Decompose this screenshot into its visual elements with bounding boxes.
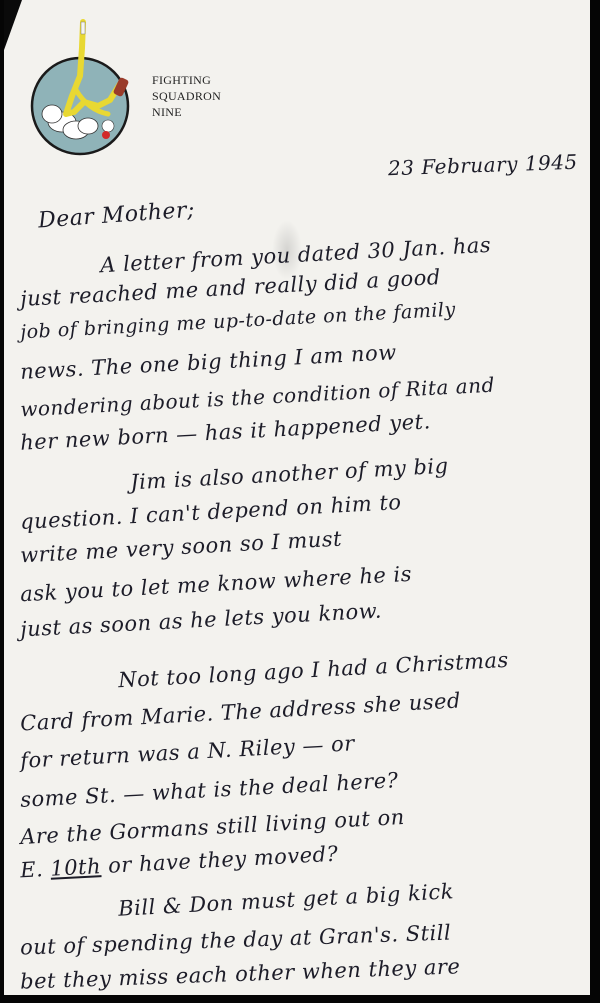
letterhead-line-1: FIGHTING [152,72,221,88]
letterhead-title: FIGHTING SQUADRON NINE [152,72,221,120]
scan-border-bottom [0,995,600,1003]
scan-border-left [0,0,4,1003]
letterhead-line-2: SQUADRON [152,88,221,104]
street-number: 10th [50,854,102,881]
scan-border-right [590,0,600,1003]
letterhead-line-3: NINE [152,104,221,120]
squadron-insignia-icon [28,18,138,158]
street-prefix: E. [20,857,44,882]
